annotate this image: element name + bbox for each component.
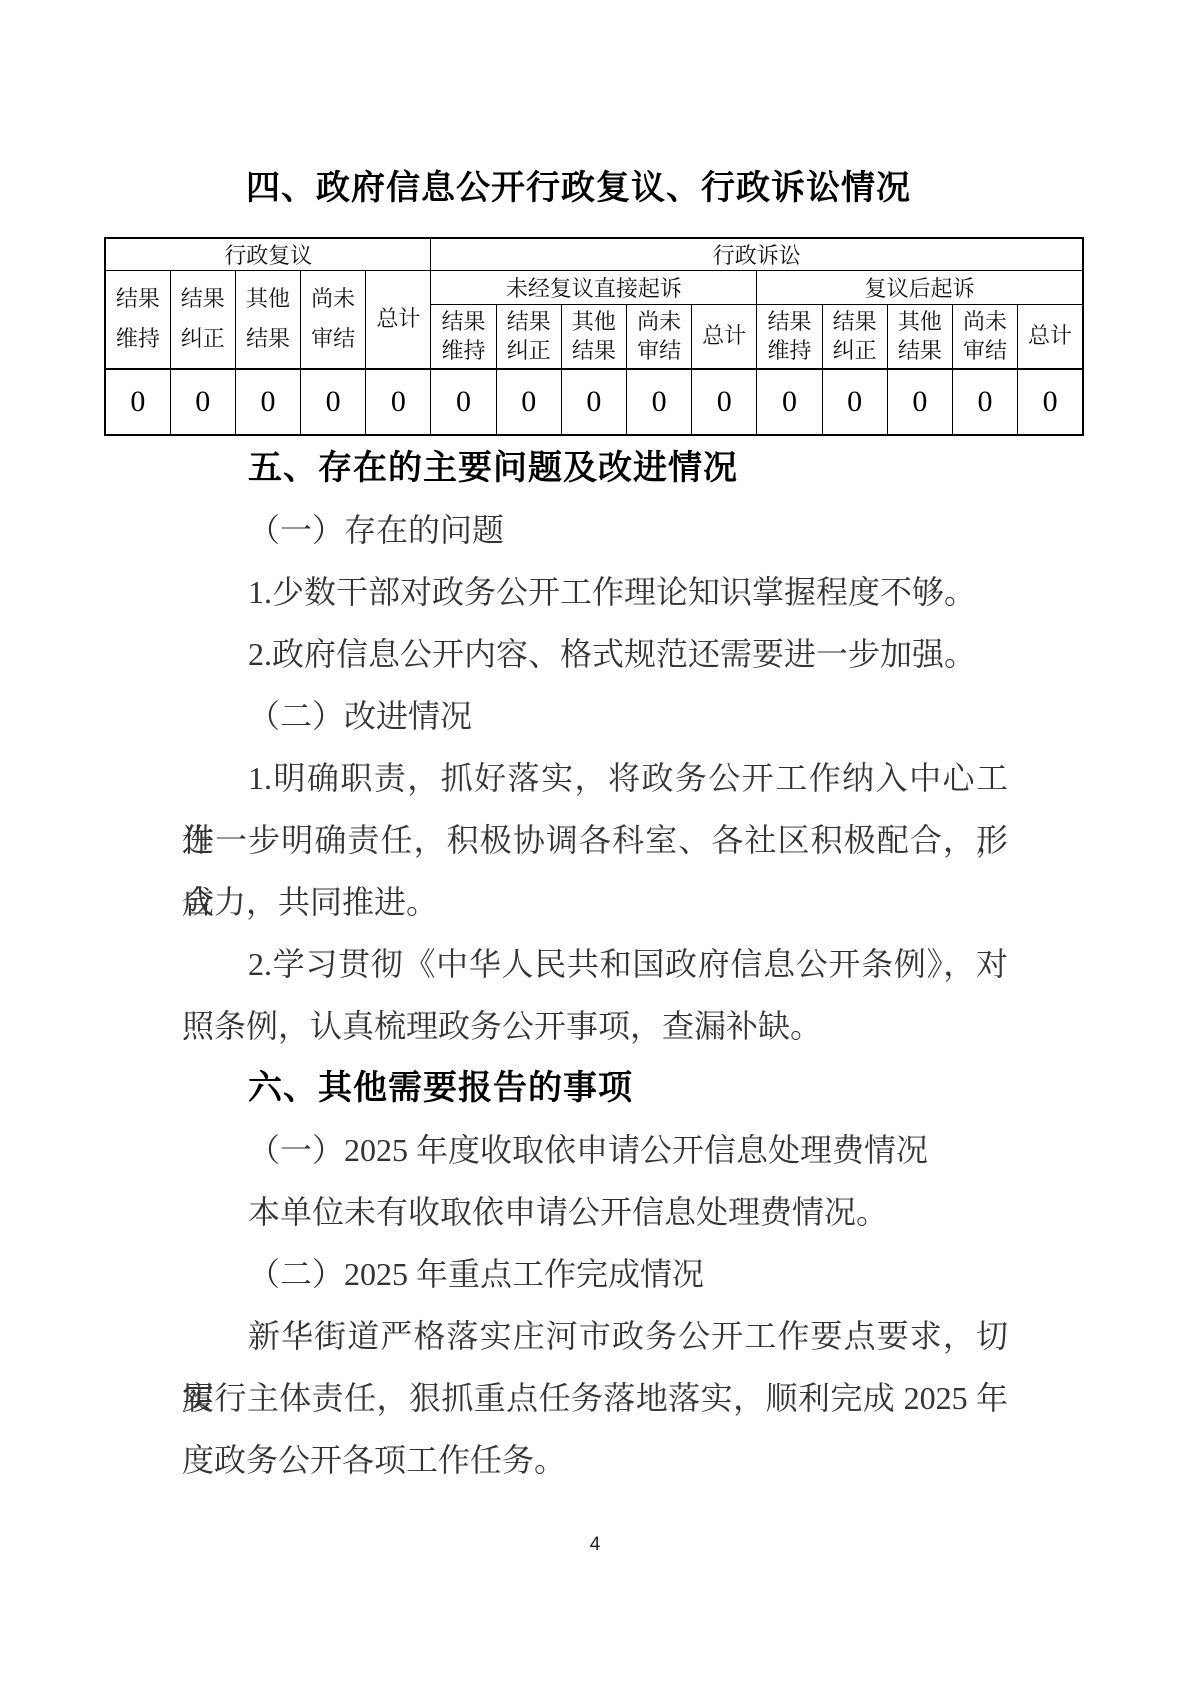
paragraph-line: 履行主体责任，狠抓重点任务落地落实，顺利完成 2025 年 [182,1367,1008,1429]
document-body: 五、存在的主要问题及改进情况 （一）存在的问题 1.少数干部对政务公开工作理论知… [182,437,1008,1491]
table-value-cell: 0 [235,369,300,435]
paragraph-line: 进一步明确责任，积极协调各科室、各社区积极配合，形成 [182,809,1008,871]
table-value-cell: 0 [496,369,561,435]
litigation-table: 行政复议 行政诉讼 结果 维持 结果 纠正 其他 结果 尚未 审结 总计 未经复… [104,237,1084,436]
header-total: 总计 [692,305,757,369]
paragraph-line: 1.明确职责，抓好落实，将政务公开工作纳入中心工作， [182,747,1008,809]
header-administrative-litigation: 行政诉讼 [431,238,1083,271]
header-result-upheld: 结果 维持 [431,305,496,369]
header-administrative-reconsideration: 行政复议 [105,238,431,271]
table-value-cell: 0 [105,369,170,435]
table-value-cell: 0 [561,369,626,435]
table-value-cell: 0 [952,369,1017,435]
table-value-cell: 0 [757,369,822,435]
paragraph-line: （一）存在的问题 [182,499,1008,561]
section4-title: 四、政府信息公开行政复议、行政诉讼情况 [246,168,911,208]
page-number: 4 [0,1534,1190,1556]
header-pending: 尚未 审结 [952,305,1017,369]
table-value-cell: 0 [170,369,235,435]
table-value-cell: 0 [627,369,692,435]
paragraph-line: 1.少数干部对政务公开工作理论知识掌握程度不够。 [182,561,1008,623]
table-subgroup-header-row: 结果 维持 结果 纠正 其他 结果 尚未 审结 总计 未经复议直接起诉 复议后起… [105,271,1083,305]
paragraph-line: （二）2025 年重点工作完成情况 [182,1243,1008,1305]
header-result-upheld: 结果 维持 [757,305,822,369]
table-value-cell: 0 [301,369,366,435]
table-value-cell: 0 [1018,369,1083,435]
table-value-cell: 0 [692,369,757,435]
table-value-cell: 0 [366,369,431,435]
header-result-corrected: 结果 纠正 [170,271,235,369]
header-after-review-suit: 复议后起诉 [757,271,1083,305]
section5-title: 五、存在的主要问题及改进情况 [182,437,1008,499]
paragraph-line: 新华街道严格落实庄河市政务公开工作要点要求，切实 [182,1305,1008,1367]
header-result-upheld: 结果 维持 [105,271,170,369]
header-pending: 尚未 审结 [301,271,366,369]
table-value-cell: 0 [887,369,952,435]
table-value-row: 0 0 0 0 0 0 0 0 0 0 0 0 0 0 0 [105,369,1083,435]
header-total: 总计 [366,271,431,369]
header-result-corrected: 结果 纠正 [822,305,887,369]
header-pending: 尚未 审结 [627,305,692,369]
table-group-header-row: 行政复议 行政诉讼 [105,238,1083,271]
header-result-corrected: 结果 纠正 [496,305,561,369]
paragraph-line: 2.学习贯彻《中华人民共和国政府信息公开条例》，对 [182,933,1008,995]
paragraph-line: （二）改进情况 [182,685,1008,747]
header-other-result: 其他 结果 [887,305,952,369]
header-direct-suit: 未经复议直接起诉 [431,271,757,305]
header-other-result: 其他 结果 [561,305,626,369]
document-page: 四、政府信息公开行政复议、行政诉讼情况 行政复议 行政诉讼 结果 维持 结果 纠… [0,0,1190,1682]
section6-title: 六、其他需要报告的事项 [182,1057,1008,1119]
paragraph-line: 本单位未有收取依申请公开信息处理费情况。 [182,1181,1008,1243]
paragraph-line: 合力，共同推进。 [182,871,1008,933]
paragraph-line: 照条例，认真梳理政务公开事项，查漏补缺。 [182,995,1008,1057]
paragraph-line: 度政务公开各项工作任务。 [182,1429,1008,1491]
paragraph-line: （一）2025 年度收取依申请公开信息处理费情况 [182,1119,1008,1181]
paragraph-line: 2.政府信息公开内容、格式规范还需要进一步加强。 [182,623,1008,685]
table-value-cell: 0 [431,369,496,435]
header-other-result: 其他 结果 [235,271,300,369]
header-total: 总计 [1018,305,1083,369]
table-value-cell: 0 [822,369,887,435]
